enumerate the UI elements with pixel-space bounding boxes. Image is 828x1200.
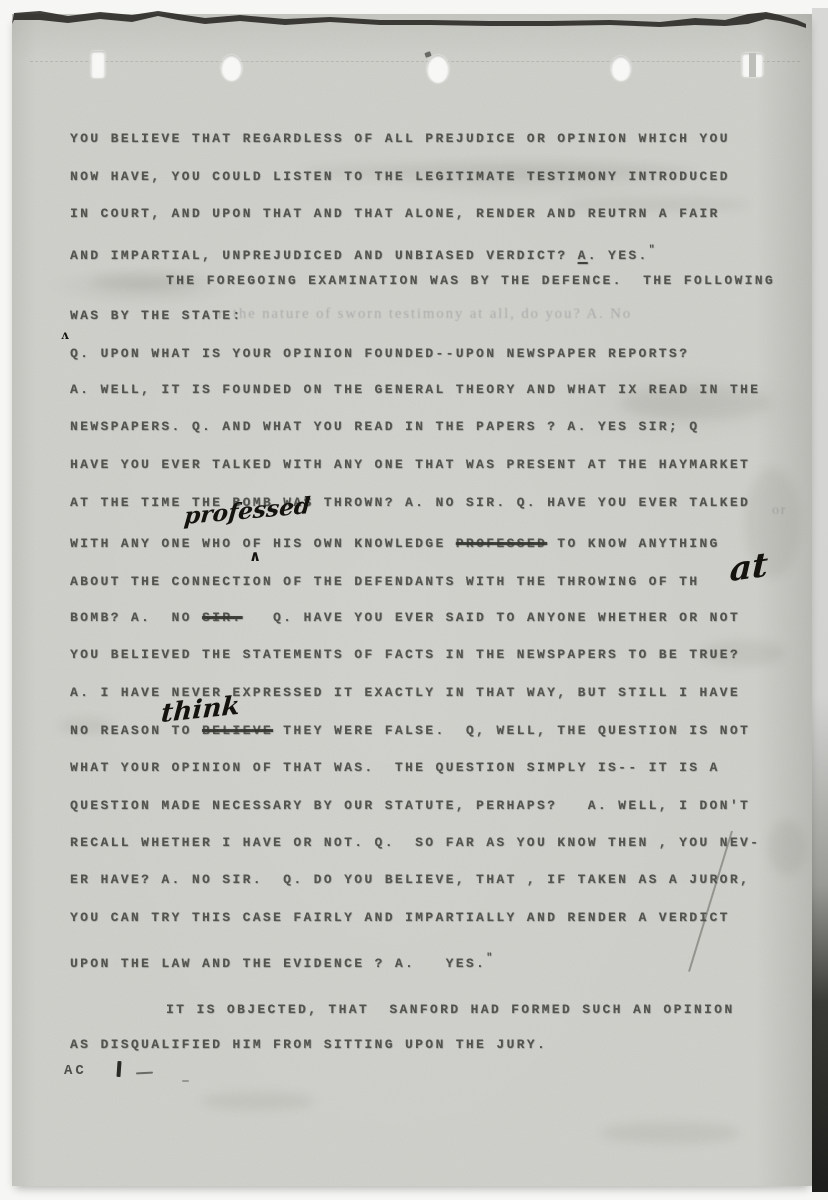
typed-line: YOU BELIEVE THAT REGARDLESS OF ALL PREJU…	[70, 131, 730, 146]
typed-text-segment: SIR.	[202, 610, 243, 625]
typed-text-segment: BOMB? A. NO	[70, 610, 202, 625]
typed-text-segment: A. WELL, IT IS FOUNDED ON THE GENERAL TH…	[70, 382, 760, 397]
typed-text-segment: WHAT YOUR OPINION OF THAT WAS. THE QUEST…	[70, 760, 720, 775]
typed-line: WAS BY THE STATE:	[70, 308, 243, 323]
typed-text-segment: BELIEVE	[202, 723, 273, 738]
typed-text-segment: WAS BY THE STATE:	[70, 308, 243, 323]
typed-text-segment: TO KNOW ANYTHING	[547, 536, 720, 551]
typed-text-segment: UPON THE LAW AND THE EVIDENCE ? A. YES.	[70, 956, 486, 971]
typed-line: NEWSPAPERS. Q. AND WHAT YOU READ IN THE …	[70, 419, 699, 434]
typed-line: ABOUT THE CONNECTION OF THE DEFENDANTS W…	[70, 574, 699, 589]
margin-tick-mark: ʌ	[61, 328, 69, 342]
bleed-through-fragment: or	[772, 503, 787, 519]
punch-hole	[221, 55, 242, 81]
insert-caret-mark: ∧	[249, 547, 261, 565]
typed-text-segment: THE FOREGOING EXAMINATION WAS BY THE DEF…	[166, 273, 775, 288]
handwritten-at: at	[729, 545, 769, 590]
scanned-document-background: YOU BELIEVE THAT REGARDLESS OF ALL PREJU…	[0, 0, 828, 1200]
typed-text-segment: IT IS OBJECTED, THAT SANFORD HAD FORMED …	[166, 1002, 734, 1017]
typed-text-segment: THEY WERE FALSE. Q, WELL, THE QUESTION I…	[273, 723, 750, 738]
typed-text-segment: NEWSPAPERS. Q. AND WHAT YOU READ IN THE …	[70, 419, 699, 434]
typed-line: UPON THE LAW AND THE EVIDENCE ? A. YES."	[70, 951, 492, 971]
typed-line: QUESTION MADE NECESSARY BY OUR STATUTE, …	[70, 798, 750, 813]
punch-hole	[91, 51, 105, 78]
stain-smudge	[200, 1092, 315, 1110]
typed-text-segment: ABOUT THE CONNECTION OF THE DEFENDANTS W…	[70, 574, 699, 589]
stain-smudge	[600, 1122, 740, 1144]
page-footer-mark: AC	[64, 1063, 87, 1079]
typed-line: WHAT YOUR OPINION OF THAT WAS. THE QUEST…	[70, 760, 720, 775]
punch-hole	[611, 56, 631, 81]
typed-line: AS DISQUALIFIED HIM FROM SITTING UPON TH…	[70, 1037, 547, 1052]
typed-line: YOU BELIEVED THE STATEMENTS OF FACTS IN …	[70, 647, 740, 662]
typed-text-segment: OF HIS OWN KNOWLEDGE	[243, 536, 456, 551]
underlying-page-edge	[812, 8, 828, 1192]
typed-line: NOW HAVE, YOU COULD LISTEN TO THE LEGITI…	[70, 169, 730, 184]
punch-hole	[742, 53, 763, 77]
fold-crease-line	[30, 61, 800, 62]
punch-hole-tab	[749, 53, 756, 77]
typed-line: Q. UPON WHAT IS YOUR OPINION FOUNDED--UP…	[70, 346, 689, 361]
typed-line: ER HAVE? A. NO SIR. Q. DO YOU BELIEVE, T…	[70, 872, 750, 887]
typed-text-segment: NOW HAVE, YOU COULD LISTEN TO THE LEGITI…	[70, 169, 730, 184]
typed-text-segment: "	[649, 245, 655, 256]
typed-text-segment: ER HAVE? A. NO SIR. Q. DO YOU BELIEVE, T…	[70, 872, 750, 887]
typed-line: IN COURT, AND UPON THAT AND THAT ALONE, …	[70, 206, 720, 221]
typed-text-segment: AT THE TIME THE BOMB WAS THROWN? A. NO S…	[70, 495, 750, 510]
typed-text-segment: HAVE YOU EVER TALKED WITH ANY ONE THAT W…	[70, 457, 750, 472]
bleed-through-fragment: n the nature of sworn testimony at all, …	[218, 306, 632, 323]
typed-text-segment: "	[486, 953, 492, 964]
typed-text-segment: Q. HAVE YOU EVER SAID TO ANYONE WHETHER …	[243, 610, 740, 625]
typed-text-segment: WITH ANY ONE WHO	[70, 536, 243, 551]
stray-ink-mark	[182, 1080, 189, 1082]
typed-text-segment: RECALL WHETHER I HAVE OR NOT. Q. SO FAR …	[70, 835, 760, 850]
typed-line: A. WELL, IT IS FOUNDED ON THE GENERAL TH…	[70, 382, 760, 397]
stain-smudge	[768, 820, 806, 875]
typed-text-segment: AND IMPARTIAL, UNPREJUDICED AND UNBIASED…	[70, 248, 578, 263]
typed-text-segment: YOU CAN TRY THIS CASE FAIRLY AND IMPARTI…	[70, 910, 730, 925]
typed-line: YOU CAN TRY THIS CASE FAIRLY AND IMPARTI…	[70, 910, 730, 925]
typed-line: AND IMPARTIAL, UNPREJUDICED AND UNBIASED…	[70, 243, 655, 263]
typed-text-segment: A	[578, 248, 588, 263]
typed-line: BOMB? A. NO SIR. Q. HAVE YOU EVER SAID T…	[70, 610, 740, 625]
typed-text-segment: YOU BELIEVED THE STATEMENTS OF FACTS IN …	[70, 647, 740, 662]
punch-hole	[427, 55, 449, 83]
typed-text-segment: QUESTION MADE NECESSARY BY OUR STATUTE, …	[70, 798, 750, 813]
typed-text-segment: . YES.	[588, 248, 649, 263]
typed-line: AT THE TIME THE BOMB WAS THROWN? A. NO S…	[70, 495, 750, 510]
typed-text-segment: PROFESSED	[456, 536, 547, 551]
typed-line: RECALL WHETHER I HAVE OR NOT. Q. SO FAR …	[70, 835, 760, 850]
typed-line: WITH ANY ONE WHO OF HIS OWN KNOWLEDGE PR…	[70, 536, 720, 551]
typed-text-segment: IN COURT, AND UPON THAT AND THAT ALONE, …	[70, 206, 720, 221]
typed-text-segment: AS DISQUALIFIED HIM FROM SITTING UPON TH…	[70, 1037, 547, 1052]
typed-line: IT IS OBJECTED, THAT SANFORD HAD FORMED …	[166, 1002, 734, 1017]
typed-line: HAVE YOU EVER TALKED WITH ANY ONE THAT W…	[70, 457, 750, 472]
typed-line: THE FOREGOING EXAMINATION WAS BY THE DEF…	[166, 273, 775, 288]
typed-text-segment: Q. UPON WHAT IS YOUR OPINION FOUNDED--UP…	[70, 346, 689, 361]
typed-text-segment: YOU BELIEVE THAT REGARDLESS OF ALL PREJU…	[70, 131, 730, 146]
